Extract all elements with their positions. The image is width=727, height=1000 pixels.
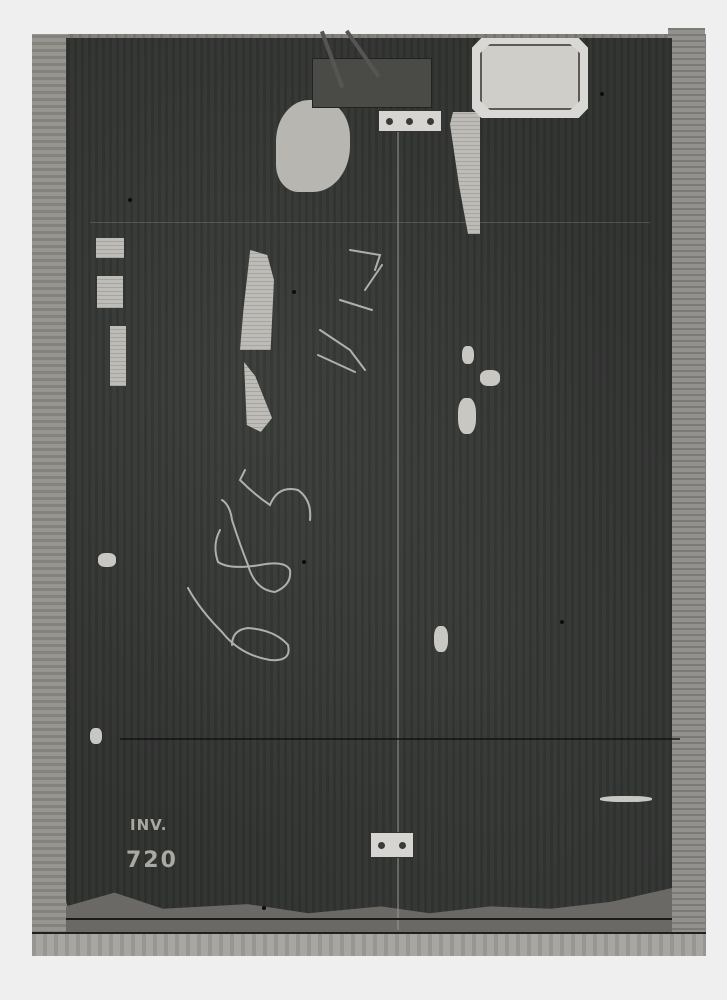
screw-icon — [386, 118, 393, 125]
bottom-screw-plate — [370, 832, 414, 858]
panel-back-photograph: illegible handwritten label INV. 720 — [0, 0, 727, 1000]
chalk-scribbles — [0, 0, 727, 1000]
screw-icon — [427, 118, 434, 125]
collection-label-border — [480, 44, 580, 110]
top-screw-plate — [378, 110, 442, 132]
screw-icon — [406, 118, 413, 125]
inventory-number: 720 — [126, 848, 178, 873]
screw-icon — [378, 842, 385, 849]
screw-icon — [399, 842, 406, 849]
inventory-label: INV. — [130, 816, 168, 834]
